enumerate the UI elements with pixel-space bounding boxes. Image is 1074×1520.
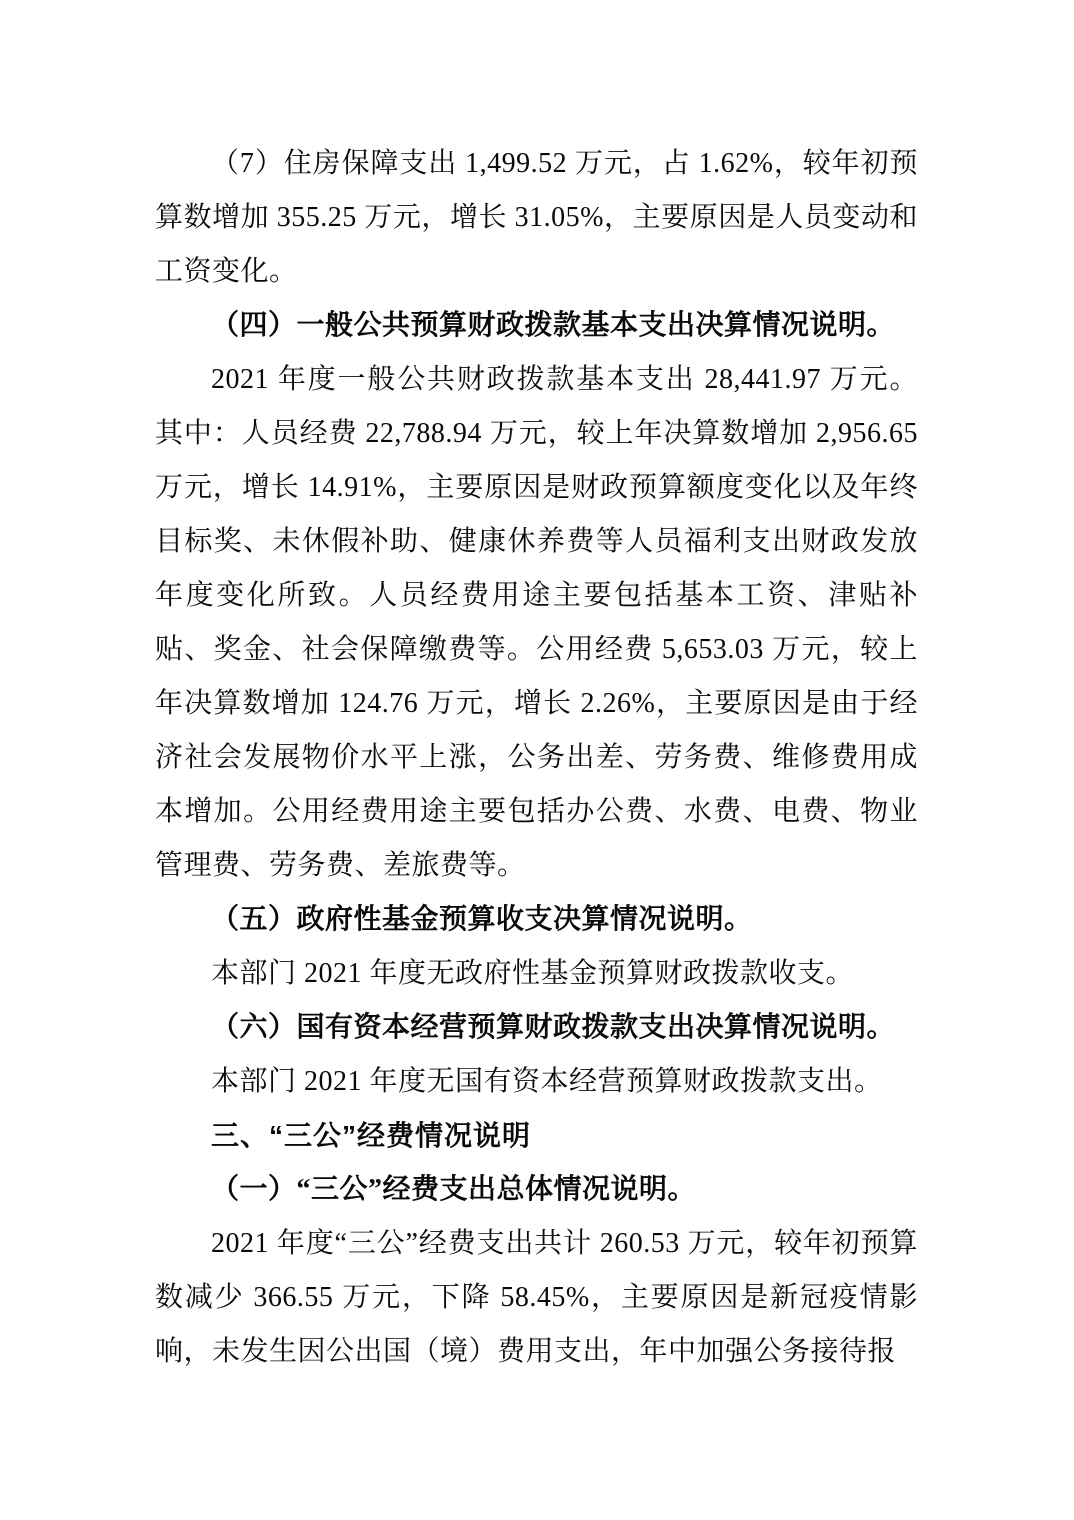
paragraph-housing-support: （7）住房保障支出 1,499.52 万元，占 1.62%，较年初预算数增加 3…	[155, 137, 918, 299]
document-text-area: （7）住房保障支出 1,499.52 万元，占 1.62%，较年初预算数增加 3…	[155, 137, 918, 1379]
paragraph-no-govt-fund: 本部门 2021 年度无政府性基金预算财政拨款收支。	[155, 947, 918, 1001]
paragraph-three-public-total: 2021 年度“三公”经费支出共计 260.53 万元，较年初预算数减少 366…	[155, 1217, 918, 1379]
paragraph-basic-expenditure-detail: 2021 年度一般公共财政拨款基本支出 28,441.97 万元。其中：人员经费…	[155, 353, 918, 893]
heading-section-5-govt-fund-budget: （五）政府性基金预算收支决算情况说明。	[155, 893, 918, 947]
paragraph-no-state-capital: 本部门 2021 年度无国有资本经营预算财政拨款支出。	[155, 1055, 918, 1109]
heading-three-public-funds: 三、“三公”经费情况说明	[155, 1109, 918, 1163]
document-page: （7）住房保障支出 1,499.52 万元，占 1.62%，较年初预算数增加 3…	[0, 0, 1074, 1520]
heading-section-4-basic-expenditure: （四）一般公共预算财政拨款基本支出决算情况说明。	[155, 299, 918, 353]
heading-three-public-overall: （一）“三公”经费支出总体情况说明。	[155, 1163, 918, 1217]
heading-section-6-state-capital-budget: （六）国有资本经营预算财政拨款支出决算情况说明。	[155, 1001, 918, 1055]
